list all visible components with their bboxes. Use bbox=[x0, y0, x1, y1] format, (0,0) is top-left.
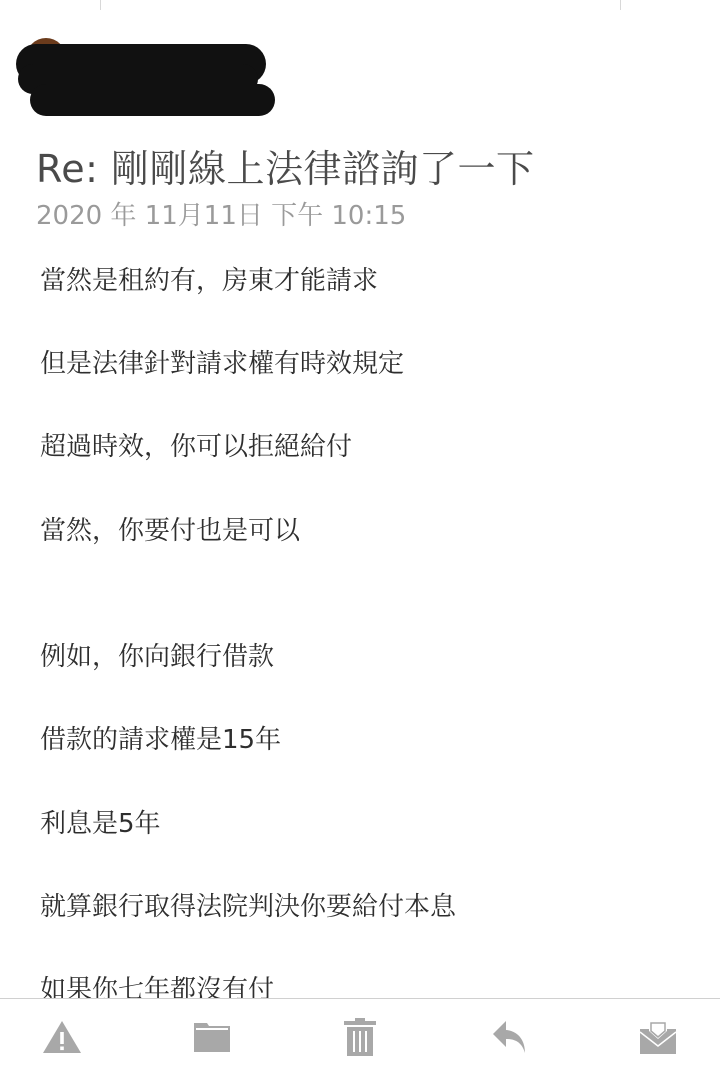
reply-button[interactable] bbox=[488, 1015, 532, 1059]
bottom-toolbar bbox=[0, 998, 720, 1076]
email-date: 2020 年 11月11日 下午 10:15 bbox=[36, 195, 406, 232]
body-line: 例如，你向銀行借款 bbox=[40, 636, 274, 673]
delete-button[interactable] bbox=[338, 1015, 382, 1059]
trash-icon bbox=[343, 1017, 377, 1057]
archive-button[interactable] bbox=[636, 1015, 680, 1059]
body-line: 借款的請求權是15年 bbox=[40, 719, 281, 756]
report-spam-button[interactable] bbox=[40, 1015, 84, 1059]
body-line: 當然，你要付也是可以 bbox=[40, 510, 300, 547]
divider bbox=[620, 0, 621, 10]
body-line: 就算銀行取得法院判決你要給付本息 bbox=[40, 886, 456, 923]
body-line: 但是法律針對請求權有時效規定 bbox=[40, 343, 404, 380]
body-line: 超過時效，你可以拒絕給付 bbox=[40, 426, 352, 463]
redaction-mark bbox=[30, 84, 275, 116]
body-line: 利息是5年 bbox=[40, 803, 161, 840]
move-folder-button[interactable] bbox=[190, 1015, 234, 1059]
inbox-download-icon bbox=[639, 1019, 677, 1055]
reply-icon bbox=[492, 1020, 528, 1054]
email-subject: Re: 剛剛線上法律諮詢了一下 bbox=[36, 138, 534, 193]
warning-icon bbox=[42, 1019, 82, 1055]
divider bbox=[100, 0, 101, 10]
folder-icon bbox=[193, 1021, 231, 1053]
top-edge bbox=[0, 0, 720, 12]
body-line: 當然是租約有，房東才能請求 bbox=[40, 260, 378, 297]
